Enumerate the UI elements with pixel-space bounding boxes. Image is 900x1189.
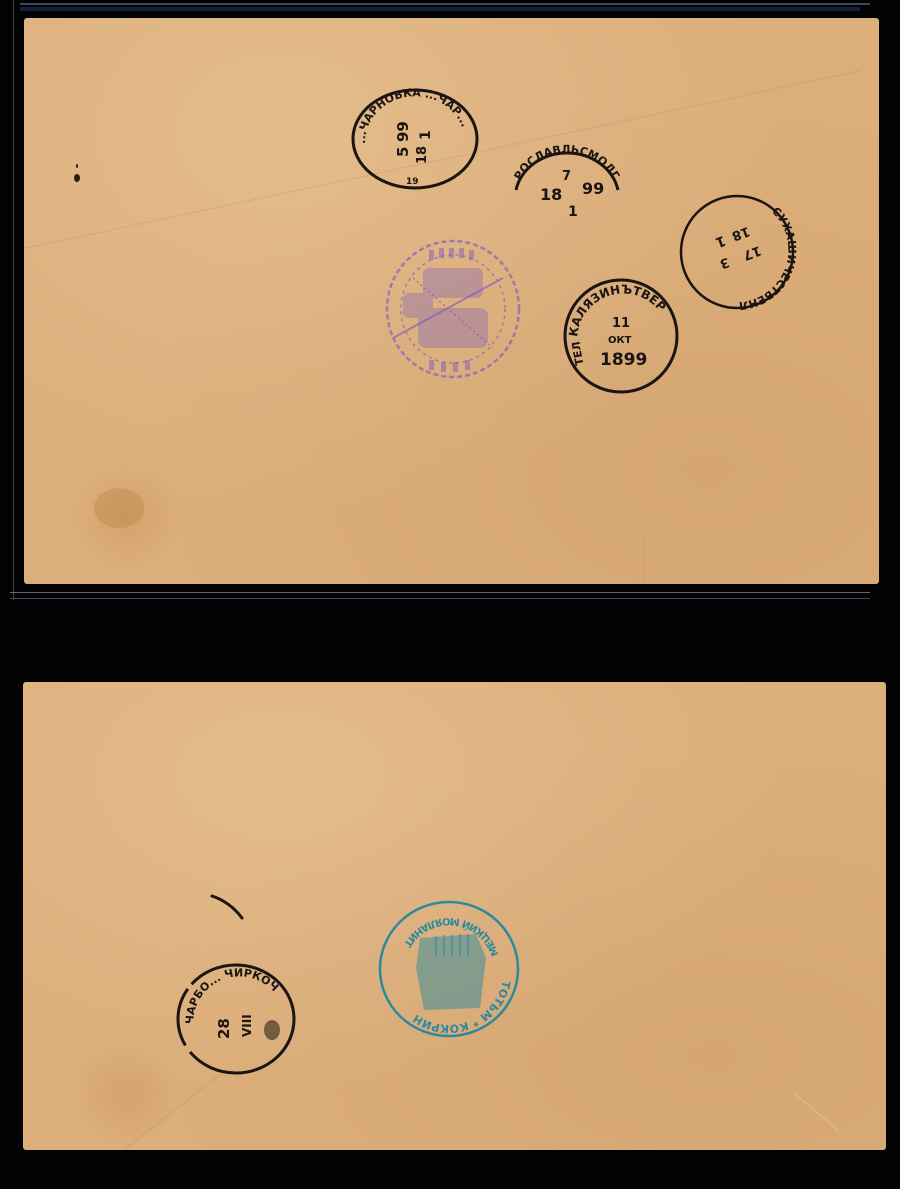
postmark-1: ...ЧАРНОВКА ...ЧАР... 5 99 18 1 19 bbox=[350, 88, 480, 190]
seal-violet bbox=[383, 238, 523, 380]
postmark-2: РОСЛАВЛЬСМОЛГ 7 18 99 1 bbox=[510, 128, 624, 220]
svg-text:VIII: VIII bbox=[240, 1014, 254, 1037]
stain bbox=[94, 488, 144, 528]
svg-text:99: 99 bbox=[394, 121, 412, 142]
svg-text:ТЕЛ: ТЕЛ bbox=[569, 340, 586, 366]
svg-text:18: 18 bbox=[540, 185, 562, 204]
svg-text:ЧАРБО... ЧИРКОЧ: ЧАРБО... ЧИРКОЧ bbox=[183, 966, 281, 1024]
svg-text:18: 18 bbox=[730, 223, 752, 243]
svg-text:ОКТ: ОКТ bbox=[608, 335, 632, 346]
album-line-mid-2 bbox=[10, 598, 870, 599]
svg-text:19: 19 bbox=[406, 177, 419, 187]
ink-speck bbox=[76, 164, 78, 168]
album-line-top-blue bbox=[20, 7, 860, 11]
fold-crease bbox=[793, 1092, 840, 1131]
svg-text:5: 5 bbox=[394, 147, 412, 157]
album-line-top bbox=[20, 3, 870, 5]
postmark-4: КАЛЯЗИНЪТВЕР ТЕЛ 11 ОКТ 1899 bbox=[560, 275, 682, 397]
postmark-3: СУХАШИЧЕСТВЕНЛ 17 3 18 1 bbox=[674, 190, 800, 314]
svg-text:11: 11 bbox=[612, 316, 630, 331]
svg-text:7: 7 bbox=[562, 169, 571, 184]
postmark-1-arc-text: ...ЧАРНОВКА ...ЧАР... bbox=[355, 86, 472, 144]
ink-stroke bbox=[208, 892, 248, 922]
album-line-left bbox=[13, 0, 14, 600]
postmark-5: ЧАРБО... ЧИРКОЧ 28 VIII bbox=[172, 960, 298, 1078]
svg-text:18: 18 bbox=[415, 146, 430, 164]
fold-crease bbox=[644, 538, 645, 584]
svg-text:17: 17 bbox=[741, 242, 763, 262]
svg-text:28: 28 bbox=[215, 1018, 233, 1039]
svg-text:1899: 1899 bbox=[600, 350, 647, 370]
seal-teal: ТОТЬМ * КОКРИН МЕЦКИЙ МОЯЛАНИТ bbox=[376, 898, 522, 1040]
svg-text:1: 1 bbox=[713, 232, 728, 250]
album-line-mid-1 bbox=[10, 592, 870, 593]
svg-text:99: 99 bbox=[582, 179, 604, 198]
svg-text:1: 1 bbox=[418, 130, 434, 140]
ink-speck bbox=[74, 174, 80, 182]
svg-text:1: 1 bbox=[568, 204, 578, 220]
fold-crease bbox=[123, 1070, 226, 1151]
svg-text:3: 3 bbox=[717, 254, 731, 271]
